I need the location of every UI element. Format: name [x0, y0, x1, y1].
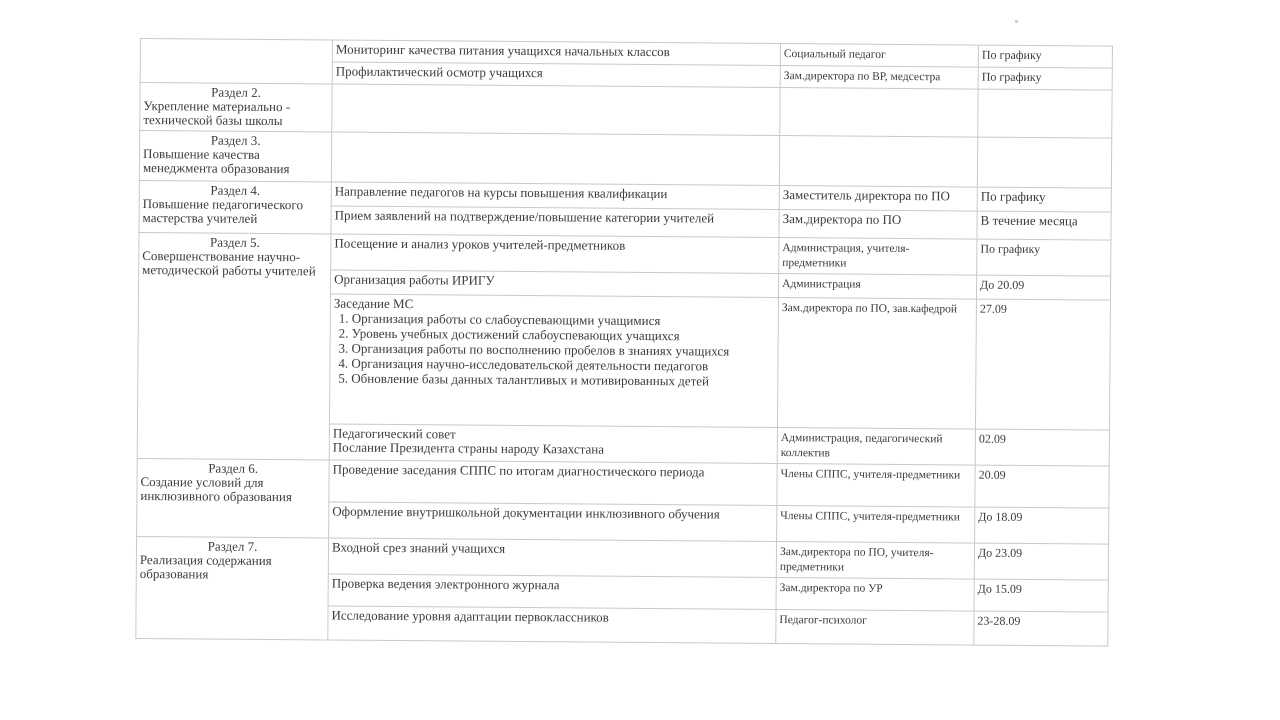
table-row: Раздел 7. Реализация содержания образова…: [136, 536, 1108, 580]
activity-text: Мониторинг качества питания учащихся нач…: [336, 42, 670, 60]
deadline-text: По графику: [982, 70, 1042, 84]
deadline-text: 27.09: [980, 302, 1007, 316]
responsible-text: Администрация: [782, 278, 861, 291]
table-row: Раздел 6. Создание условий для инклюзивн…: [137, 458, 1109, 508]
activity-cell: [332, 84, 780, 136]
deadline-cell: 02.09: [975, 429, 1109, 466]
deadline-text: До 18.09: [978, 510, 1022, 524]
activity-cell: Педагогический совет Послание Президента…: [329, 424, 777, 464]
activity-text: Профилактический осмотр учащихся: [336, 64, 543, 81]
deadline-text: В течение месяца: [981, 213, 1078, 229]
section-cell: Раздел 6. Создание условий для инклюзивн…: [137, 458, 330, 538]
responsible-text: Члены СППС, учителя-предметники: [780, 510, 960, 523]
deadline-cell: В течение месяца: [977, 211, 1111, 240]
responsible-text: Зам.директора по ПО: [783, 211, 902, 227]
deadline-text: По графику: [981, 189, 1046, 205]
responsible-text: Заместитель директора по ПО: [783, 187, 950, 203]
deadline-cell: По графику: [977, 239, 1111, 276]
responsible-cell: [779, 136, 977, 188]
responsible-cell: Социальный педагог: [780, 44, 978, 68]
deadline-cell: По графику: [977, 187, 1111, 212]
responsible-cell: Зам.директора по ПО, учителя-предметники: [776, 542, 974, 580]
responsible-cell: Члены СППС, учителя-предметники: [777, 506, 975, 544]
activity-subtext: Послание Президента страны народу Казахс…: [333, 441, 774, 458]
responsible-cell: Администрация: [778, 274, 976, 300]
activity-text: Посещение и анализ уроков учителей-предм…: [334, 236, 625, 253]
responsible-text: Зам.директора по ПО, учителя-предметники: [780, 546, 934, 574]
activity-text: Проверка ведения электронного журнала: [332, 576, 560, 593]
activity-cell: Направление педагогов на курсы повышения…: [331, 182, 779, 210]
deadline-text: 23-28.09: [977, 614, 1020, 628]
activity-text: Прием заявлений на подтверждение/повышен…: [335, 208, 715, 226]
scan-speck: [1015, 20, 1018, 23]
activity-cell: Проверка ведения электронного журнала: [328, 574, 776, 610]
activity-cell: Заседание МС Организация работы со слабо…: [329, 294, 778, 428]
deadline-text: До 23.09: [978, 546, 1022, 560]
responsible-cell: Зам.директора по УР: [776, 578, 974, 612]
activity-text: Оформление внутришкольной документации и…: [332, 504, 720, 522]
activity-text: Организация работы ИРИГУ: [334, 272, 495, 288]
activity-cell: Организация работы ИРИГУ: [330, 270, 778, 298]
work-plan-table: Мониторинг качества питания учащихся нач…: [135, 38, 1113, 647]
responsible-text: Социальный педагог: [784, 48, 886, 61]
section-title: Повышение педагогического мастерства учи…: [143, 197, 328, 226]
section-title: Повышение качества менеджмента образован…: [143, 147, 328, 176]
responsible-cell: Заместитель директора по ПО: [779, 186, 977, 212]
document-page: Мониторинг качества питания учащихся нач…: [135, 38, 1112, 647]
table-row: Раздел 5. Совершенствование научно-метод…: [139, 232, 1111, 276]
responsible-cell: Зам.директора по ПО, зав.кафедрой: [777, 298, 976, 430]
responsible-cell: Зам.директора по ПО: [779, 210, 977, 240]
deadline-cell: 20.09: [975, 465, 1109, 508]
responsible-cell: Администрация, учителя-предметники: [779, 238, 977, 276]
section-title: Реализация содержания образования: [140, 553, 325, 582]
activity-cell: Прием заявлений на подтверждение/повышен…: [331, 206, 779, 238]
deadline-cell: [977, 137, 1111, 188]
deadline-text: 02.09: [979, 432, 1006, 446]
activity-cell: [331, 132, 779, 186]
section-cell: Раздел 3. Повышение качества менеджмента…: [139, 131, 331, 183]
responsible-cell: [780, 88, 978, 138]
activity-cell: Оформление внутришкольной документации и…: [329, 502, 777, 542]
section-cell: Раздел 4. Повышение педагогического маст…: [139, 180, 331, 234]
deadline-cell: [978, 89, 1112, 138]
activity-text: Входной срез знаний учащихся: [332, 540, 505, 556]
responsible-cell: Члены СППС, учителя-предметники: [777, 464, 975, 508]
deadline-cell: До 15.09: [974, 579, 1108, 612]
responsible-text: Члены СППС, учителя-предметники: [781, 468, 961, 481]
responsible-text: Администрация, педагогический коллектив: [781, 432, 943, 459]
activity-text: Проведение заседания СППС по итогам диаг…: [333, 462, 705, 480]
table-row: Раздел 3. Повышение качества менеджмента…: [139, 131, 1111, 189]
responsible-text: Зам.директора по УР: [780, 582, 883, 595]
meeting-agenda-list: Организация работы со слабоуспевающими у…: [333, 311, 775, 389]
deadline-cell: По графику: [978, 45, 1112, 68]
section-title: Совершенствование научно-методической ра…: [142, 249, 327, 278]
responsible-text: Педагог-психолог: [779, 614, 867, 627]
deadline-text: По графику: [982, 48, 1042, 62]
deadline-text: 20.09: [979, 468, 1006, 482]
table-row: Раздел 2. Укрепление материально - техни…: [140, 83, 1112, 139]
deadline-text: До 20.09: [980, 278, 1024, 292]
section-cell: Раздел 2. Укрепление материально - техни…: [140, 83, 332, 133]
activity-cell: Исследование уровня адаптации первокласс…: [328, 606, 776, 644]
deadline-cell: До 18.09: [975, 507, 1109, 544]
activity-cell: Входной срез знаний учащихся: [328, 538, 776, 578]
activity-text: Исследование уровня адаптации первокласс…: [331, 608, 609, 625]
section-cell: Раздел 5. Совершенствование научно-метод…: [137, 232, 331, 460]
agenda-item: Обновление базы данных талантливых и мот…: [351, 371, 774, 389]
responsible-text: Зам.директора по ПО, зав.кафедрой: [782, 302, 957, 315]
section-cell: Раздел 7. Реализация содержания образова…: [136, 536, 329, 640]
meeting-title: Заседание МС: [334, 296, 413, 312]
activity-cell: Проведение заседания СППС по итогам диаг…: [329, 460, 777, 506]
activity-cell: Посещение и анализ уроков учителей-предм…: [331, 234, 779, 274]
deadline-cell: До 20.09: [976, 275, 1110, 300]
responsible-cell: Зам.директора по ВР, медсестра: [780, 66, 978, 90]
responsible-text: Администрация, учителя-предметники: [782, 242, 909, 270]
deadline-cell: До 23.09: [974, 543, 1108, 580]
responsible-cell: Педагог-психолог: [776, 610, 974, 646]
deadline-cell: По графику: [978, 67, 1112, 90]
section-title: Создание условий для инклюзивного образо…: [140, 475, 325, 504]
section-cell: [140, 39, 332, 85]
scanned-document: Мониторинг качества питания учащихся нач…: [0, 0, 1280, 720]
deadline-cell: 27.09: [975, 299, 1110, 430]
deadline-text: По графику: [980, 242, 1040, 256]
responsible-text: Зам.директора по ВР, медсестра: [784, 70, 941, 83]
deadline-text: До 15.09: [978, 582, 1022, 596]
section-title: Укрепление материально - технической баз…: [143, 99, 328, 128]
deadline-cell: 23-28.09: [974, 611, 1108, 646]
responsible-cell: Администрация, педагогический коллектив: [777, 428, 975, 466]
activity-text: Направление педагогов на курсы повышения…: [335, 184, 668, 202]
